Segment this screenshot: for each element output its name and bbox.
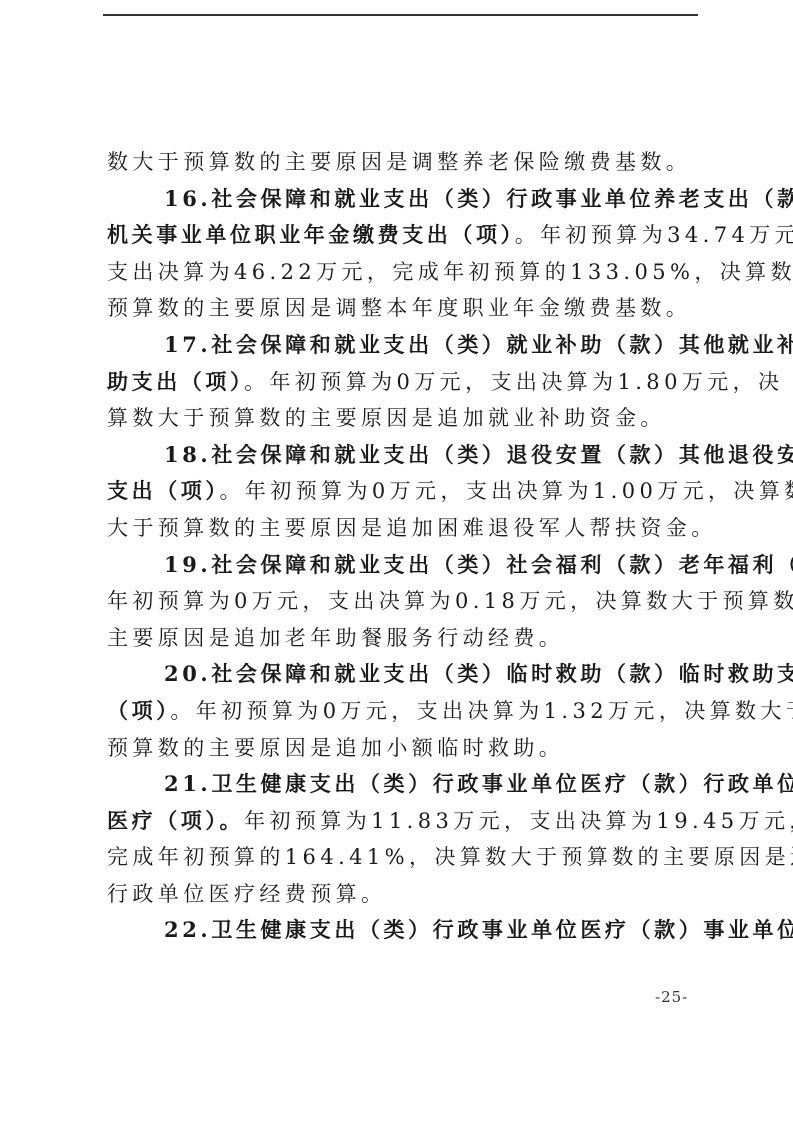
text-line: 算数大于预算数的主要原因是追加就业补助资金。 bbox=[107, 400, 699, 437]
bold-run: （项） bbox=[107, 698, 170, 723]
text-run: 。年初预算为0万元，支出决算为1.32万元，决算数大于 bbox=[170, 699, 793, 723]
text-run: 。年初预算为34.74万元， bbox=[515, 223, 793, 247]
bold-run: 20.社会保障和就业支出（类）临时救助（款）临时救助支出 bbox=[164, 661, 793, 686]
text-run: 预算数的主要原因是追加小额临时救助。 bbox=[107, 736, 564, 760]
text-line: 完成年初预算的164.41%，决算数大于预算数的主要原因是追加 bbox=[107, 839, 699, 876]
text-line: 预算数的主要原因是追加小额临时救助。 bbox=[107, 730, 699, 767]
bold-run: 18.社会保障和就业支出（类）退役安置（款）其他退役安置 bbox=[164, 442, 793, 467]
text-line: 医疗（项）。年初预算为11.83万元，支出决算为19.45万元， bbox=[107, 803, 699, 840]
text-run: 年初预算为0万元，支出决算为0.18万元，决算数大于预算数的 bbox=[107, 589, 793, 613]
text-run: 预算数的主要原因是调整本年度职业年金缴费基数。 bbox=[107, 296, 691, 320]
bold-run: 19.社会保障和就业支出（类）社会福利（款）老年福利（项） bbox=[164, 552, 793, 577]
text-line: 数大于预算数的主要原因是调整养老保险缴费基数。 bbox=[107, 144, 699, 181]
page-number: -25- bbox=[655, 988, 688, 1006]
text-run: 。年初预算为0万元，支出决算为1.80万元，决 bbox=[244, 370, 783, 394]
text-line: 大于预算数的主要原因是追加困难退役军人帮扶资金。 bbox=[107, 510, 699, 547]
text-line: 17.社会保障和就业支出（类）就业补助（款）其他就业补 bbox=[107, 327, 699, 364]
text-line: 行政单位医疗经费预算。 bbox=[107, 876, 699, 913]
text-run: 算数大于预算数的主要原因是追加就业补助资金。 bbox=[107, 406, 666, 430]
bold-run: 21.卫生健康支出（类）行政事业单位医疗（款）行政单位 bbox=[164, 771, 793, 796]
text-run: 主要原因是追加老年助餐服务行动经费。 bbox=[107, 626, 564, 650]
text-line: 18.社会保障和就业支出（类）退役安置（款）其他退役安置 bbox=[107, 437, 699, 474]
text-line: 22.卫生健康支出（类）行政事业单位医疗（款）事业单位 bbox=[107, 912, 699, 949]
bold-run: 机关事业单位职业年金缴费支出（项） bbox=[107, 222, 515, 247]
text-line: 助支出（项）。年初预算为0万元，支出决算为1.80万元，决 bbox=[107, 364, 699, 401]
bold-run: 助支出（项） bbox=[107, 369, 244, 394]
text-line: 19.社会保障和就业支出（类）社会福利（款）老年福利（项）。 bbox=[107, 547, 699, 584]
text-line: 21.卫生健康支出（类）行政事业单位医疗（款）行政单位 bbox=[107, 766, 699, 803]
text-run: 大于预算数的主要原因是追加困难退役军人帮扶资金。 bbox=[107, 516, 717, 540]
bold-run: 支出（项） bbox=[107, 478, 220, 503]
bold-run: 22.卫生健康支出（类）行政事业单位医疗（款）事业单位 bbox=[164, 917, 793, 942]
text-line: 年初预算为0万元，支出决算为0.18万元，决算数大于预算数的 bbox=[107, 583, 699, 620]
text-line: 机关事业单位职业年金缴费支出（项）。年初预算为34.74万元， bbox=[107, 217, 699, 254]
text-line: （项）。年初预算为0万元，支出决算为1.32万元，决算数大于 bbox=[107, 693, 699, 730]
text-run: 数大于预算数的主要原因是调整养老保险缴费基数。 bbox=[107, 150, 691, 174]
text-line: 20.社会保障和就业支出（类）临时救助（款）临时救助支出 bbox=[107, 656, 699, 693]
header-rule bbox=[103, 14, 698, 16]
text-line: 预算数的主要原因是调整本年度职业年金缴费基数。 bbox=[107, 290, 699, 327]
text-line: 支出（项）。年初预算为0万元，支出决算为1.00万元，决算数 bbox=[107, 473, 699, 510]
text-run: 。年初预算为0万元，支出决算为1.00万元，决算数 bbox=[220, 479, 793, 503]
text-line: 16.社会保障和就业支出（类）行政事业单位养老支出（款） bbox=[107, 181, 699, 218]
text-run: 年初预算为11.83万元，支出决算为19.45万元， bbox=[244, 809, 793, 833]
bold-run: 医疗（项）。 bbox=[107, 808, 244, 833]
bold-run: 16.社会保障和就业支出（类）行政事业单位养老支出（款） bbox=[164, 186, 793, 211]
text-line: 支出决算为46.22万元，完成年初预算的133.05%，决算数大于 bbox=[107, 254, 699, 291]
text-run: 行政单位医疗经费预算。 bbox=[107, 882, 386, 906]
bold-run: 17.社会保障和就业支出（类）就业补助（款）其他就业补 bbox=[164, 332, 793, 357]
text-line: 主要原因是追加老年助餐服务行动经费。 bbox=[107, 620, 699, 657]
document-body: 数大于预算数的主要原因是调整养老保险缴费基数。 16.社会保障和就业支出（类）行… bbox=[107, 144, 699, 949]
text-run: 完成年初预算的164.41%，决算数大于预算数的主要原因是追加 bbox=[107, 845, 793, 869]
text-run: 支出决算为46.22万元，完成年初预算的133.05%，决算数大于 bbox=[107, 260, 793, 284]
